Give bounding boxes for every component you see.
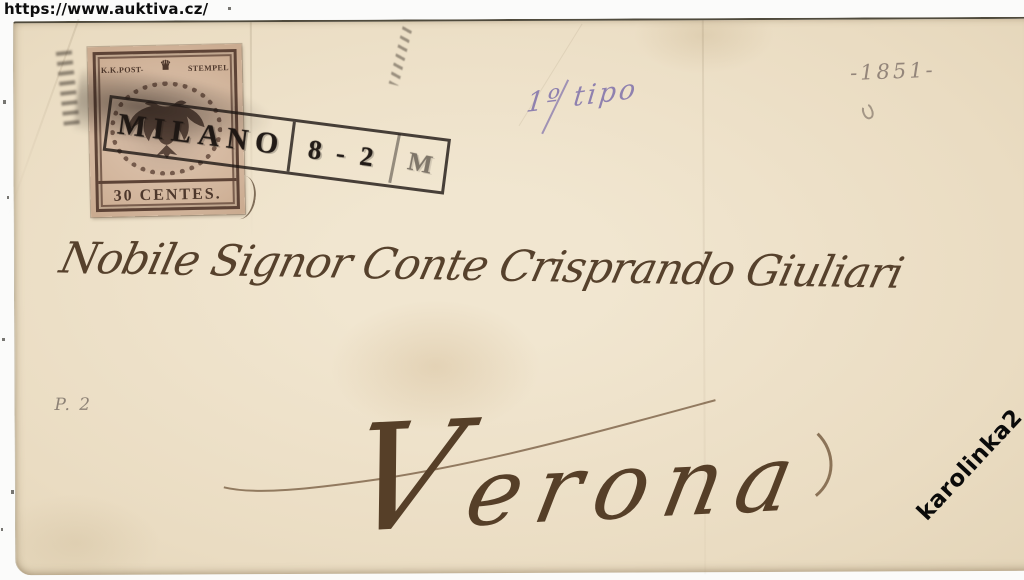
stamp-type-annotation: 1º tipo [525, 73, 640, 119]
address-city: Verona [335, 371, 827, 567]
address-recipient-line: Nobile Signor Conte Crisprando Giuliari [55, 234, 907, 299]
scan-speck [11, 490, 14, 494]
ink-speck-trail [389, 23, 413, 86]
stamp-inscription-right: STEMPEL [188, 63, 229, 73]
scan-speck [2, 338, 5, 341]
year-annotation: -1851- [850, 58, 937, 85]
stamp-denomination: 30 CENTES. [113, 185, 221, 205]
source-url-text: https://www.auktiva.cz/ [4, 0, 208, 18]
envelope-cover: K.K.POST- ♛ STEMPEL 30 CENTES. [13, 17, 1024, 575]
crown-icon: ♛ [160, 60, 172, 70]
scan-speck [3, 100, 6, 104]
pencil-squiggle-mark [859, 102, 876, 121]
scan-speck [228, 7, 231, 10]
scan-speck [7, 196, 9, 199]
postmark-date: 8 - 2 [287, 122, 397, 185]
scan-speck [1, 528, 3, 531]
postmark-time-code: M [388, 133, 449, 192]
